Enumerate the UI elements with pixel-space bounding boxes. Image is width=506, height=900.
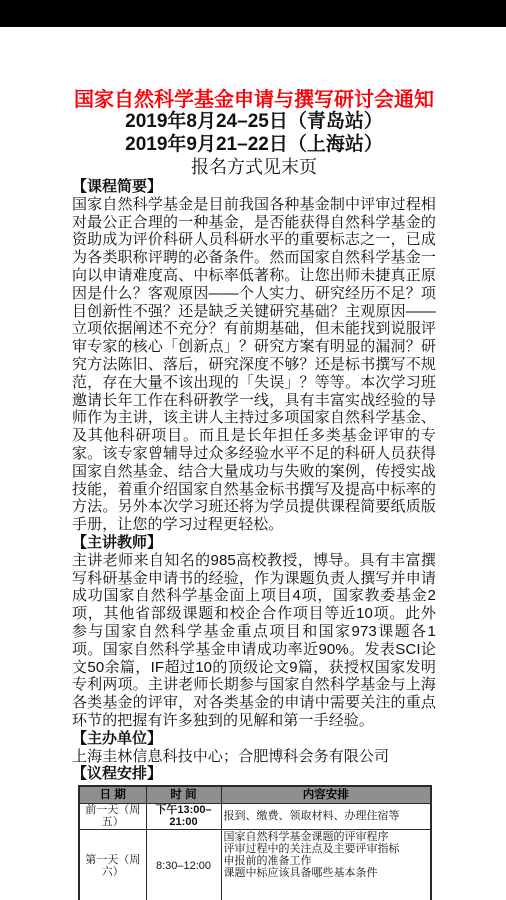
document-page: 国家自然科学基金申请与撰写研讨会通知 2019年8月24–25日（青岛站） 20… — [0, 27, 506, 900]
agenda-date-cell: 第一天（周六） — [79, 830, 146, 900]
event-date-shanghai: 2019年9月21–22日（上海站） — [72, 134, 436, 157]
agenda-col-header-content: 内容安排 — [221, 786, 431, 803]
section-heading-organizer: 【主办单位】 — [72, 730, 436, 748]
agenda-content-cell: 报到、缴费、领取材料、办理住宿等 — [221, 803, 431, 830]
course-brief-paragraph: 国家自然科学基金是目前我国各种基金制中评审过程相对最公正合理的一种基金，是否能获… — [72, 196, 436, 534]
signup-note: 报名方式见末页 — [72, 156, 436, 178]
section-heading-lecturer: 【主讲教师】 — [72, 534, 436, 552]
section-heading-course-brief: 【课程简要】 — [72, 178, 436, 196]
top-black-bar — [0, 0, 506, 27]
document-title: 国家自然科学基金申请与撰写研讨会通知 — [72, 89, 436, 111]
organizer-line: 上海圭林信息科技中心；合肥博科会务有限公司 — [72, 748, 436, 766]
agenda-table: 日 期 时 间 内容安排 前一天（周五） 下午13:00–21:00 报到、缴费… — [78, 785, 432, 900]
agenda-content-cell: 国家自然科学基金课题的评审程序 评审过程中的关注点及主要评审指标 申报前的准备工… — [221, 830, 431, 900]
agenda-col-header-time: 时 间 — [146, 786, 221, 803]
agenda-content-line: 报到、缴费、领取材料、办理住宿等 — [224, 811, 429, 823]
section-heading-agenda: 【议程安排】 — [72, 765, 436, 783]
agenda-col-header-date: 日 期 — [79, 786, 146, 803]
agenda-row-arrival: 前一天（周五） 下午13:00–21:00 报到、缴费、领取材料、办理住宿等 — [79, 803, 431, 830]
agenda-time-cell: 下午13:00–21:00 — [146, 803, 221, 830]
agenda-content-line: 课题中标应该具备哪些基本条件 — [224, 868, 429, 880]
lecturer-paragraph: 主讲老师来自知名的985高校教授，博导。具有丰富撰写科研基金申请书的经验，作为课… — [72, 552, 436, 730]
phone-screen: 国家自然科学基金申请与撰写研讨会通知 2019年8月24–25日（青岛站） 20… — [0, 0, 506, 900]
agenda-date-cell: 前一天（周五） — [79, 803, 146, 830]
agenda-header-row: 日 期 时 间 内容安排 — [79, 786, 431, 803]
event-date-qingdao: 2019年8月24–25日（青岛站） — [72, 111, 436, 134]
agenda-time-cell: 8:30–12:00 — [146, 830, 221, 900]
agenda-row-day1: 第一天（周六） 8:30–12:00 国家自然科学基金课题的评审程序 评审过程中… — [79, 830, 431, 900]
